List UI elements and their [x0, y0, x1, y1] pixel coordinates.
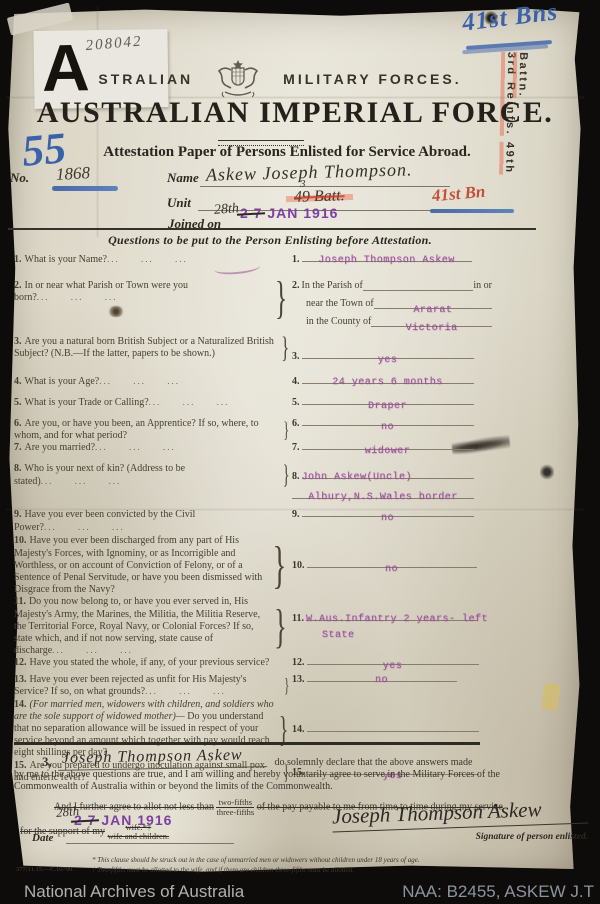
dot-leader — [44, 522, 125, 533]
dot-leader — [99, 376, 180, 387]
declaration-text: by me to the above questions are true, a… — [14, 769, 538, 793]
typed-answer: widower — [302, 446, 474, 457]
question-row-6: 6.Are you, or have you been, an Apprenti… — [14, 418, 492, 442]
handwritten-day: 28th — [213, 201, 239, 219]
answer-line: no — [307, 681, 457, 682]
brace: } — [284, 421, 290, 439]
dot-leader — [149, 397, 230, 408]
typed-answer: Ararat — [374, 305, 492, 316]
question-row-3: 3.Are you a natural born British Subject… — [14, 336, 492, 376]
unit-label: Unit — [167, 195, 191, 211]
name-label: Name — [167, 170, 199, 186]
question-text: 13.Have you ever been rejected as unfit … — [14, 674, 282, 698]
question-text: 8.Who is your next of kin? (Address to b… — [14, 463, 280, 487]
question-row-11: 11.Do you now belong to, or have you eve… — [14, 596, 492, 657]
typed-answer: no — [307, 675, 457, 686]
typed-answer: W.Aus.Infantry 2 years- left — [306, 614, 478, 625]
question-row-9: 9.Have you ever been convicted by the Ci… — [14, 509, 492, 535]
question-text: 6.Are you, or have you been, an Apprenti… — [14, 418, 281, 442]
question-text: 4.What is your Age? — [14, 376, 292, 388]
brace: } — [281, 336, 289, 360]
typed-answer: 24 years 6 months — [302, 377, 474, 388]
answer-line: Albury,N.S.Wales border — [292, 498, 474, 499]
typed-answer: John Askew(Uncle) — [302, 472, 474, 483]
question-text: 10.Have you ever been discharged from an… — [14, 535, 267, 596]
horizontal-rule — [8, 228, 536, 230]
typed-answer: State — [322, 630, 355, 641]
question-row-5: 5.What is your Trade or Calling? 5.Drape… — [14, 397, 492, 418]
declaration-text: do solemnly declare that the above answe… — [274, 757, 472, 769]
question-text: 5.What is your Trade or Calling? — [14, 397, 292, 409]
in-or-label: in or — [473, 280, 492, 291]
barcode-number: 208042 — [85, 33, 143, 55]
form-code: 377/11.15.—C.10799. — [16, 866, 74, 873]
questions-section: 1.What is your Name? 1.Joseph Thompson A… — [14, 254, 492, 786]
dot-leader — [95, 442, 176, 453]
archive-watermark: National Archives of Australia NAA: B245… — [0, 882, 600, 902]
answer-line — [307, 731, 479, 732]
question-text: 11.Do you now belong to, or have you eve… — [14, 596, 269, 657]
horizontal-rule — [14, 742, 480, 745]
answer-line: Ararat — [374, 298, 492, 309]
typed-answer: Draper — [302, 401, 474, 412]
struck-stamp-day: 2 7 — [74, 812, 96, 828]
question-text: 9.Have you ever been convicted by the Ci… — [14, 509, 292, 533]
date-rule-line — [66, 832, 234, 844]
brace: } — [274, 608, 287, 646]
typed-answer: yes — [302, 355, 474, 366]
question-text: 12.Have you stated the whole, if any, of… — [14, 657, 292, 669]
answer-line: no — [302, 516, 474, 517]
town-label: near the Town of — [306, 298, 374, 309]
footnotes: * This clause should be struck out in th… — [14, 856, 554, 876]
answer-number: 1. — [292, 254, 300, 265]
heading-right: MILITARY FORCES. — [283, 71, 461, 87]
stamp-month-year: JAN 1916 — [101, 812, 172, 828]
dot-leader — [41, 476, 122, 487]
question-text: 2.In or near what Parish or Town were yo… — [14, 280, 270, 317]
dot-leader — [107, 254, 188, 265]
date-stamp: 2 7 JAN 1916 — [240, 205, 338, 221]
answer-line: widower — [302, 449, 474, 450]
enlistee-signature: Joseph Thompson Askew — [332, 796, 589, 833]
struck-stamp-day: 2 7 — [240, 205, 262, 221]
question-row-12: 12.Have you stated the whole, if any, of… — [14, 657, 492, 674]
watermark-right: NAA: B2455, ASKEW J.T — [402, 882, 594, 902]
question-row-8: 8.Who is your next of kin? (Address to b… — [14, 463, 492, 509]
signature-caption: Signature of person enlisted. — [374, 832, 588, 842]
brace: } — [273, 545, 287, 587]
question-row-2: 2.In or near what Parish or Town were yo… — [14, 280, 492, 336]
typed-answer: Victoria — [371, 323, 492, 334]
typed-answer: Albury,N.S.Wales border — [292, 492, 474, 503]
question-row-4: 4.What is your Age? 4.24 years 6 months — [14, 376, 492, 397]
answer-line: John Askew(Uncle) — [302, 478, 474, 479]
dot-leader — [145, 686, 226, 697]
question-text: 3.Are you a natural born British Subject… — [14, 336, 278, 360]
answer-line: yes — [307, 664, 479, 665]
question-text: 7.Are you married? — [14, 442, 292, 454]
answer-line: yes — [302, 358, 474, 359]
document-subtitle: Attestation Paper of Persons Enlisted fo… — [62, 144, 512, 161]
dot-leader — [37, 292, 118, 303]
typed-answer: yes — [307, 661, 479, 672]
document-title: AUSTRALIAN IMPERIAL FORCE. — [30, 96, 560, 130]
answer-line: no — [302, 425, 474, 426]
handwritten-declaration-name: Joseph Thompson Askew — [58, 746, 267, 771]
parish-label: In the Parish of — [302, 280, 363, 291]
date-stamp: 2 7 JAN 1916 — [74, 812, 172, 828]
question-row-7: 7.Are you married? 7.widower — [14, 442, 492, 463]
no-label: No. — [10, 170, 29, 186]
answer-line — [363, 280, 474, 291]
date-label: Date — [32, 832, 53, 844]
clause-number: 3, — [42, 754, 52, 769]
dot-leader — [52, 645, 133, 656]
county-label: in the County of — [306, 316, 371, 327]
answer-line: Draper — [302, 404, 474, 405]
question-text: 1.What is your Name? — [14, 254, 292, 266]
brace: } — [279, 715, 289, 744]
typed-answer: no — [307, 564, 477, 575]
blue-mark — [52, 186, 118, 191]
answer-line: 24 years 6 months — [302, 383, 474, 384]
typed-answer: no — [302, 422, 474, 433]
answer-line: W.Aus.Infantry 2 years- left — [306, 620, 478, 621]
questions-heading: Questions to be put to the Person Enlist… — [20, 233, 520, 248]
answer-line: Joseph Thompson Askew — [302, 261, 472, 262]
brace: } — [282, 465, 289, 486]
typed-answer: Joseph Thompson Askew — [302, 255, 472, 266]
brace: } — [275, 280, 287, 317]
watermark-left: National Archives of Australia — [24, 882, 244, 902]
question-row-1: 1.What is your Name? 1.Joseph Thompson A… — [14, 254, 492, 280]
question-row-13: 13.Have you ever been rejected as unfit … — [14, 674, 492, 698]
typed-answer: no — [302, 513, 474, 524]
blue-mark — [430, 209, 514, 213]
heading-left: STRALIAN — [98, 71, 193, 87]
question-row-10: 10.Have you ever been discharged from an… — [14, 535, 492, 596]
answer-line: Victoria — [371, 316, 492, 327]
ink-stain — [540, 462, 554, 482]
footnote-star: * This clause should be struck out in th… — [92, 856, 554, 866]
brace: } — [285, 678, 290, 694]
footnote-dagger: † Two-fifths must be allotted to the wif… — [92, 866, 554, 876]
answer-line: no — [307, 567, 477, 568]
stamp-month-year: JAN 1916 — [267, 205, 338, 221]
service-number: 1868 — [55, 163, 90, 185]
scanned-document: A 208042 41st Bns 3rd Reinfs. 49th Battn… — [0, 0, 600, 904]
